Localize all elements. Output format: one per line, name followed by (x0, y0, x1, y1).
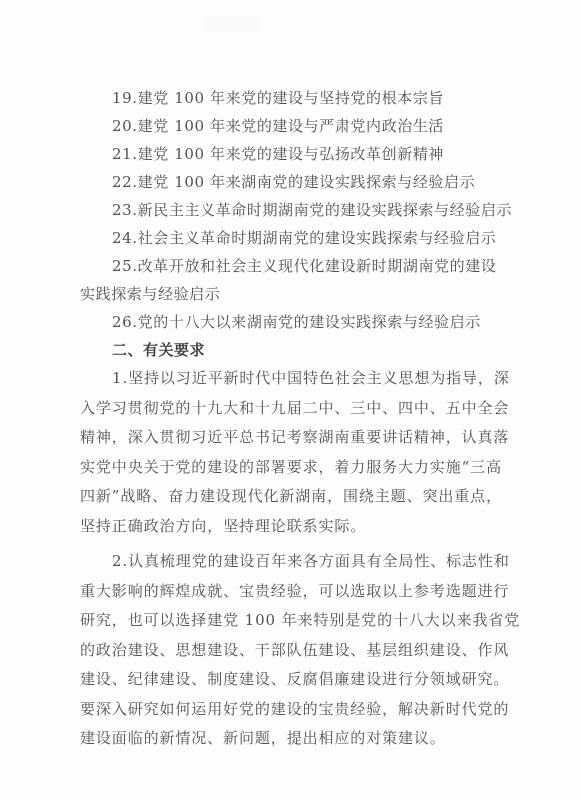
paragraph-line: 四新”战略、奋力建设现代化新湖南，围绕主题、突出重点， (80, 482, 510, 512)
paragraph-line: 建设面临的新情况、新问题，提出相应的对策建议。 (80, 724, 510, 754)
paragraph-line: 精神，深入贯彻习近平总书记考察湖南重要讲话精神，认真落 (80, 423, 510, 453)
paragraph-line: 2.认真梳理党的建设百年来各方面具有全局性、标志性和 (80, 547, 510, 577)
topic-item-23: 23.新民主主义革命时期湖南党的建设实践探索与经验启示 (80, 196, 510, 224)
topic-item-26: 26.党的十八大以来湖南党的建设实践探索与经验启示 (80, 308, 510, 336)
paragraph-line: 坚持正确政治方向，坚持理论联系实际。 (80, 512, 510, 542)
topic-list: 19.建党 100 年来党的建设与坚持党的根本宗旨 20.建党 100 年来党的… (80, 84, 510, 336)
paragraph-line: 的政治建设、思想建设、干部队伍建设、基层组织建设、作风 (80, 636, 510, 666)
topic-item-25-line1: 25.改革开放和社会主义现代化建设新时期湖南党的建设 (80, 252, 510, 280)
paragraph-line: 建设、纪律建设、制度建设、反腐倡廉建设进行分领域研究。 (80, 665, 510, 695)
paragraph-line: 实党中央关于党的建设的部署要求，着力服务大力实施“三高 (80, 453, 510, 483)
topic-item-25-line2: 实践探索与经验启示 (80, 280, 510, 308)
document-body: 19.建党 100 年来党的建设与坚持党的根本宗旨 20.建党 100 年来党的… (80, 84, 510, 754)
topic-item-22: 22.建党 100 年来湖南党的建设实践探索与经验启示 (80, 168, 510, 196)
requirement-paragraph-1: 1.坚持以习近平新时代中国特色社会主义思想为指导，深 入学习贯彻党的十九大和十九… (80, 364, 510, 541)
topic-item-24: 24.社会主义革命时期湖南党的建设实践探索与经验启示 (80, 224, 510, 252)
requirement-paragraph-2: 2.认真梳理党的建设百年来各方面具有全局性、标志性和 重大影响的辉煌成就、宝贵经… (80, 547, 510, 754)
document-page: 19.建党 100 年来党的建设与坚持党的根本宗旨 20.建党 100 年来党的… (0, 0, 581, 800)
paragraph-line: 1.坚持以习近平新时代中国特色社会主义思想为指导，深 (80, 364, 510, 394)
paragraph-line: 研究，也可以选择建党 100 年来特别是党的十八大以来我省党 (80, 606, 510, 636)
topic-item-19: 19.建党 100 年来党的建设与坚持党的根本宗旨 (80, 84, 510, 112)
paragraph-line: 要深入研究如何运用好党的建设的宝贵经验，解决新时代党的 (80, 695, 510, 725)
paragraph-line: 重大影响的辉煌成就、宝贵经验，可以选取以上参考选题进行 (80, 577, 510, 607)
paragraph-line: 入学习贯彻党的十九大和十九届二中、三中、四中、五中全会 (80, 394, 510, 424)
scan-artifact (202, 16, 258, 32)
section-heading: 二、有关要求 (80, 336, 510, 364)
topic-item-20: 20.建党 100 年来党的建设与严肃党内政治生活 (80, 112, 510, 140)
topic-item-21: 21.建党 100 年来党的建设与弘扬改革创新精神 (80, 140, 510, 168)
